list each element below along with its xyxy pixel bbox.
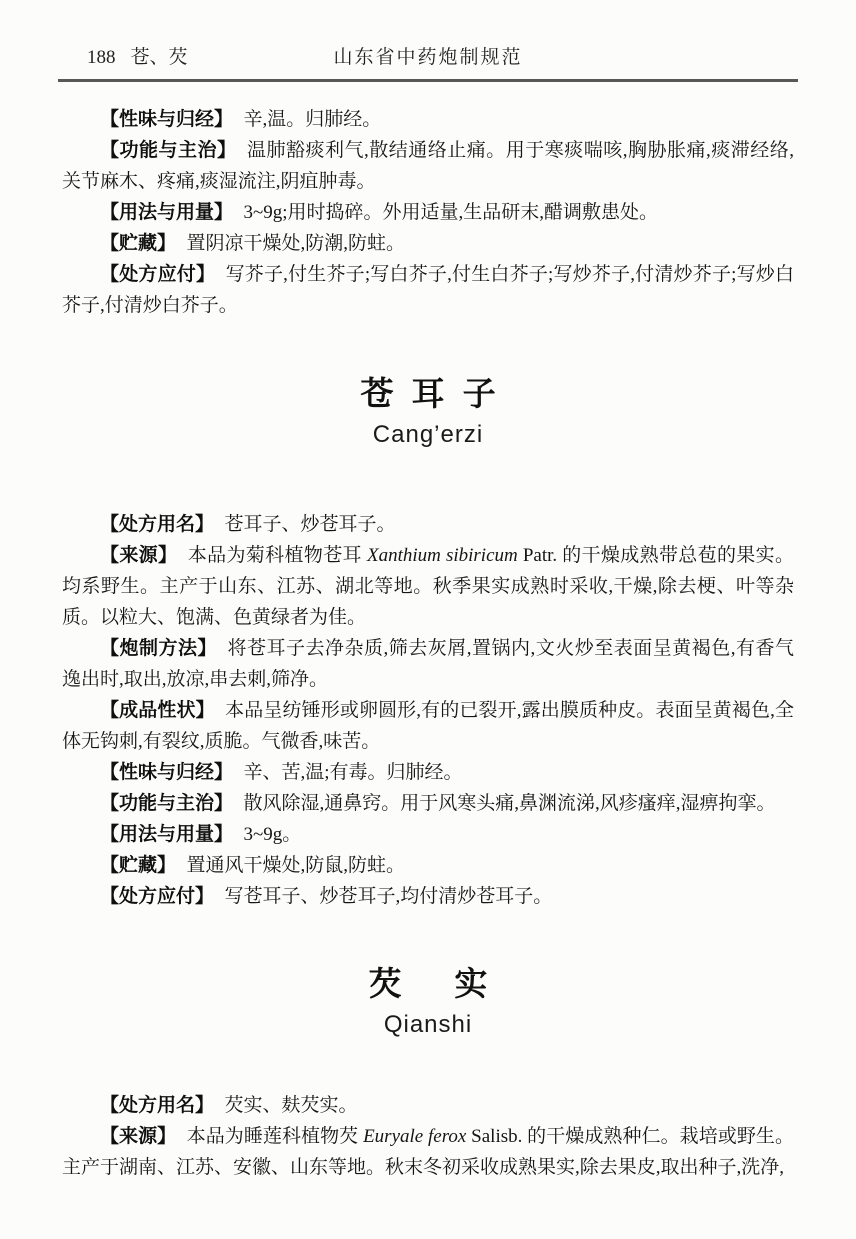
item-label: 【处方应付】 xyxy=(100,264,215,285)
entry-items: 【性味与归经】辛,温。归肺经。【功能与主治】温肺豁痰利气,散结通络止痛。用于寒痰… xyxy=(62,104,794,321)
item-label: 【成品性状】 xyxy=(100,700,215,721)
item-text: 辛、苦,温;有毒。归肺经。 xyxy=(243,762,462,783)
entry-pinyin: Cang’erzi xyxy=(62,421,794,448)
item-label: 【炮制方法】 xyxy=(100,638,217,659)
item-label: 【用法与用量】 xyxy=(100,824,233,845)
item-label: 【处方用名】 xyxy=(100,1095,214,1116)
item-label: 【用法与用量】 xyxy=(100,202,233,223)
item-text: 3~9g。 xyxy=(243,824,301,845)
header-rule xyxy=(58,79,798,82)
latin-botanical-name: Euryale ferox xyxy=(363,1126,466,1147)
entry-pinyin: Qianshi xyxy=(62,1011,794,1038)
text-segment: 芡实、麸芡实。 xyxy=(224,1095,357,1116)
text-segment: 本品为睡莲科植物芡 xyxy=(187,1126,363,1147)
item-label: 【贮藏】 xyxy=(100,233,176,254)
entry-item: 【用法与用量】3~9g。 xyxy=(62,819,794,850)
text-segment: 写苍耳子、炒苍耳子,均付清炒苍耳子。 xyxy=(224,886,552,907)
entry-item: 【功能与主治】散风除湿,通鼻窍。用于风寒头痛,鼻渊流涕,风疹瘙痒,湿痹拘挛。 xyxy=(62,788,794,819)
latin-botanical-name: Xanthium sibiricum xyxy=(367,545,518,566)
item-text: 芡实、麸芡实。 xyxy=(224,1095,357,1116)
entry-item: 【来源】本品为菊科植物苍耳 Xanthium sibiricum Patr. 的… xyxy=(62,540,794,633)
entry-items: 【处方用名】苍耳子、炒苍耳子。【来源】本品为菊科植物苍耳 Xanthium si… xyxy=(62,509,794,912)
item-label: 【处方用名】 xyxy=(100,514,214,535)
text-segment: 本品为菊科植物苍耳 xyxy=(188,545,367,566)
entry-cangerzi: 苍耳子 Cang’erzi 【处方用名】苍耳子、炒苍耳子。【来源】本品为菊科植物… xyxy=(62,375,794,912)
item-text: 3~9g;用时捣碎。外用适量,生品研末,醋调敷患处。 xyxy=(243,202,658,223)
item-label: 【来源】 xyxy=(100,1126,176,1147)
entry-head: 苍耳子 Cang’erzi xyxy=(62,375,794,448)
item-text: 置通风干燥处,防鼠,防蛀。 xyxy=(186,855,405,876)
book-page: 188 苍、芡 山东省中药炮制规范 【性味与归经】辛,温。归肺经。【功能与主治】… xyxy=(0,0,856,1239)
entry-title: 芡实 xyxy=(62,965,794,1005)
entry-items: 【处方用名】芡实、麸芡实。【来源】本品为睡莲科植物芡 Euryale ferox… xyxy=(62,1090,794,1183)
entry-item: 【功能与主治】温肺豁痰利气,散结通络止痛。用于寒痰喘咳,胸胁胀痛,痰滞经络,关节… xyxy=(62,135,794,197)
entry-item: 【处方用名】芡实、麸芡实。 xyxy=(62,1090,794,1121)
text-segment: 置通风干燥处,防鼠,防蛀。 xyxy=(186,855,405,876)
entry-item: 【处方应付】写芥子,付生芥子;写白芥子,付生白芥子;写炒芥子,付清炒芥子;写炒白… xyxy=(62,259,794,321)
entry-baijiezi-continued: 【性味与归经】辛,温。归肺经。【功能与主治】温肺豁痰利气,散结通络止痛。用于寒痰… xyxy=(62,104,794,321)
item-label: 【功能与主治】 xyxy=(100,140,237,161)
entry-item: 【炮制方法】将苍耳子去净杂质,筛去灰屑,置锅内,文火炒至表面呈黄褐色,有香气逸出… xyxy=(62,633,794,695)
item-label: 【贮藏】 xyxy=(100,855,176,876)
text-segment: 3~9g。 xyxy=(243,824,301,845)
entry-item: 【处方应付】写苍耳子、炒苍耳子,均付清炒苍耳子。 xyxy=(62,881,794,912)
item-label: 【功能与主治】 xyxy=(100,793,233,814)
entry-item: 【性味与归经】辛,温。归肺经。 xyxy=(62,104,794,135)
text-segment: 散风除湿,通鼻窍。用于风寒头痛,鼻渊流涕,风疹瘙痒,湿痹拘挛。 xyxy=(243,793,775,814)
item-text: 苍耳子、炒苍耳子。 xyxy=(224,514,395,535)
entry-item: 【处方用名】苍耳子、炒苍耳子。 xyxy=(62,509,794,540)
item-text: 写苍耳子、炒苍耳子,均付清炒苍耳子。 xyxy=(224,886,552,907)
item-text: 散风除湿,通鼻窍。用于风寒头痛,鼻渊流涕,风疹瘙痒,湿痹拘挛。 xyxy=(243,793,775,814)
entry-qianshi: 芡实 Qianshi 【处方用名】芡实、麸芡实。【来源】本品为睡莲科植物芡 Eu… xyxy=(62,965,794,1183)
entry-item: 【成品性状】本品呈纺锤形或卵圆形,有的已裂开,露出膜质种皮。表面呈黄褐色,全体无… xyxy=(62,695,794,757)
item-label: 【来源】 xyxy=(100,545,177,566)
book-title: 山东省中药炮制规范 xyxy=(62,46,794,70)
text-segment: 置阴凉干燥处,防潮,防蛀。 xyxy=(186,233,405,254)
text-segment: 辛、苦,温;有毒。归肺经。 xyxy=(243,762,462,783)
entry-item: 【贮藏】置阴凉干燥处,防潮,防蛀。 xyxy=(62,228,794,259)
entry-item: 【用法与用量】3~9g;用时捣碎。外用适量,生品研末,醋调敷患处。 xyxy=(62,197,794,228)
entry-title: 苍耳子 xyxy=(62,375,794,415)
entry-head: 芡实 Qianshi xyxy=(62,965,794,1038)
text-segment: 3~9g;用时捣碎。外用适量,生品研末,醋调敷患处。 xyxy=(243,202,658,223)
text-segment: 辛,温。归肺经。 xyxy=(243,109,381,130)
page-header: 188 苍、芡 山东省中药炮制规范 xyxy=(62,0,794,70)
entry-item: 【来源】本品为睡莲科植物芡 Euryale ferox Salisb. 的干燥成… xyxy=(62,1121,794,1183)
entry-item: 【性味与归经】辛、苦,温;有毒。归肺经。 xyxy=(62,757,794,788)
item-label: 【性味与归经】 xyxy=(100,762,233,783)
text-segment: 苍耳子、炒苍耳子。 xyxy=(224,514,395,535)
item-text: 辛,温。归肺经。 xyxy=(243,109,381,130)
item-label: 【处方应付】 xyxy=(100,886,214,907)
item-text: 置阴凉干燥处,防潮,防蛀。 xyxy=(186,233,405,254)
item-label: 【性味与归经】 xyxy=(100,109,233,130)
entry-item: 【贮藏】置通风干燥处,防鼠,防蛀。 xyxy=(62,850,794,881)
